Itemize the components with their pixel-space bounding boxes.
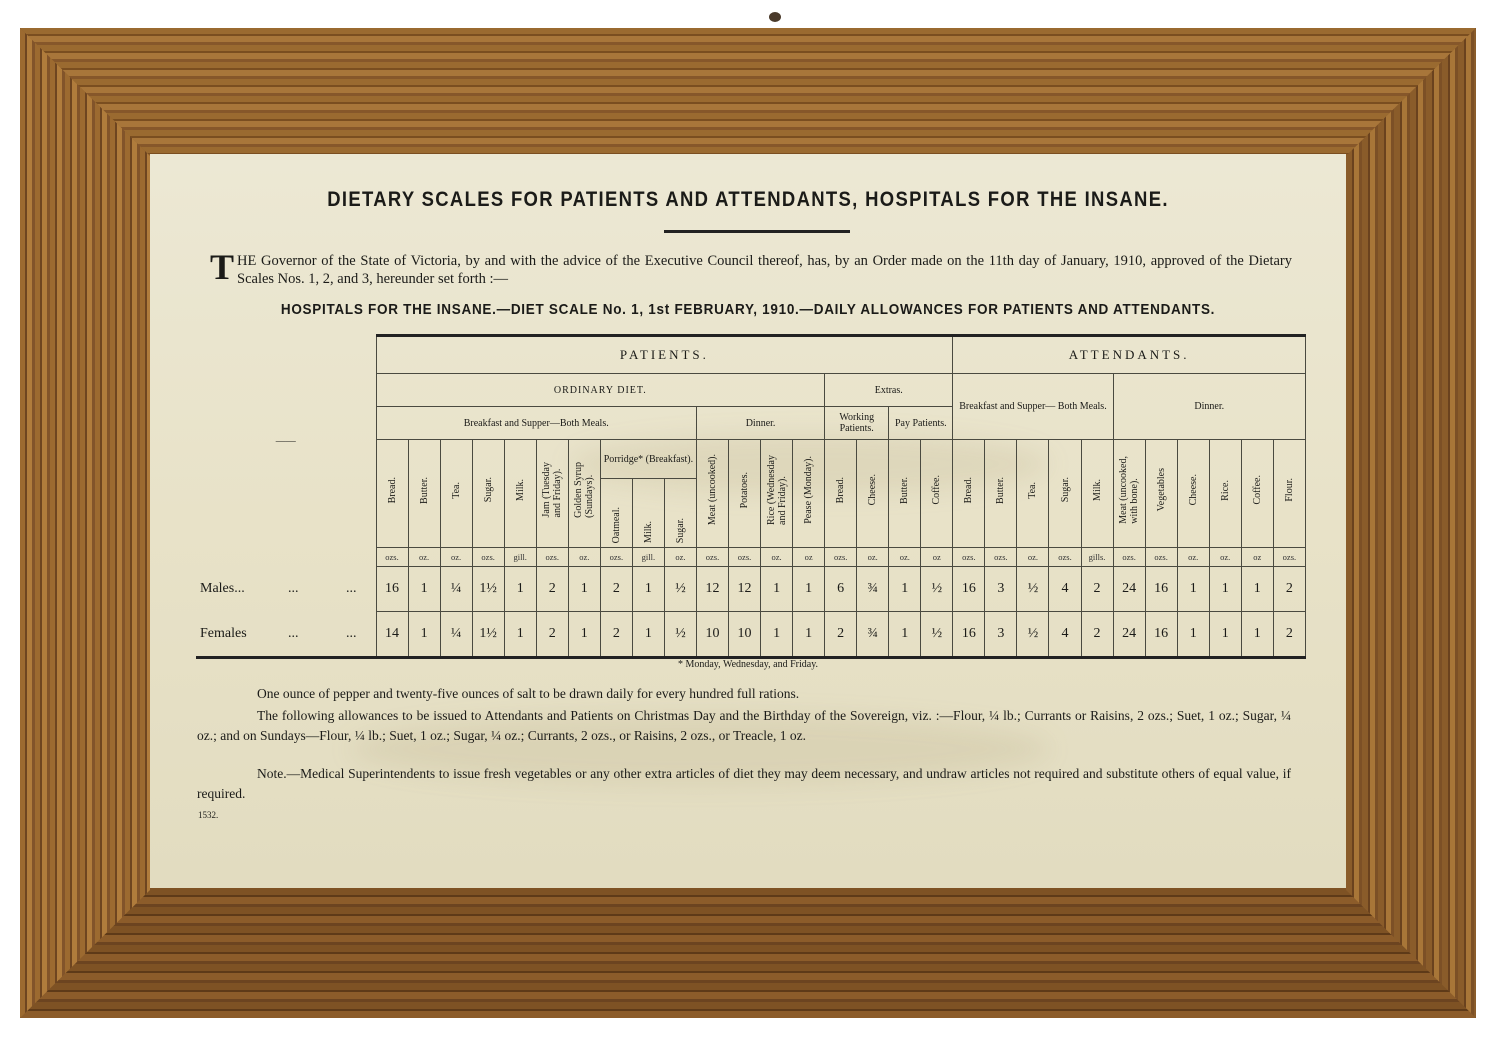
row-label: Females...... (196, 612, 376, 658)
col-header: Butter. (889, 440, 921, 548)
unit-cell: oz. (440, 548, 472, 567)
dietary-scale-table: —— PATIENTS. ATTENDANTS. ORDINARY DIET. … (196, 334, 1306, 659)
value-cell: 24 (1113, 612, 1145, 658)
value-cell: 2 (1081, 612, 1113, 658)
value-cell: ½ (664, 567, 696, 612)
working-patients-header: Working Patients. (825, 407, 889, 440)
col-header: Jam (Tuesday and Friday). (536, 440, 568, 548)
value-cell: 16 (376, 567, 408, 612)
attendants-breakfast-supper-header: Breakfast and Supper— Both Meals. (953, 374, 1113, 440)
porridge-header-group: Porridge* (Breakfast). Oatmeal. Milk. Su… (600, 440, 696, 548)
value-cell: 1 (1209, 612, 1241, 658)
unit-cell: oz. (664, 548, 696, 567)
document-paper: DIETARY SCALES FOR PATIENTS AND ATTENDAN… (150, 154, 1346, 888)
unit-cell: oz. (568, 548, 600, 567)
value-cell: 1 (793, 567, 825, 612)
value-cell: 1 (568, 612, 600, 658)
value-cell: 1 (889, 612, 921, 658)
special-allowances-paragraph: The following allowances to be issued to… (197, 706, 1291, 746)
frame-top-rail (20, 28, 1476, 154)
unit-cell: oz. (1177, 548, 1209, 567)
value-cell: 1 (1241, 612, 1273, 658)
value-cell: 2 (1273, 612, 1305, 658)
value-cell: 1 (632, 567, 664, 612)
document-title: DIETARY SCALES FOR PATIENTS AND ATTENDAN… (222, 188, 1274, 212)
col-header: Rice. (1209, 440, 1241, 548)
value-cell: 4 (1049, 612, 1081, 658)
frame-left-rail (20, 28, 150, 1018)
breakfast-supper-header: Breakfast and Supper—Both Meals. (376, 407, 696, 440)
col-header: Bread. (953, 440, 985, 548)
unit-cell: gill. (504, 548, 536, 567)
col-header: Cheese. (1177, 440, 1209, 548)
value-cell: 2 (1273, 567, 1305, 612)
value-cell: 2 (536, 612, 568, 658)
intro-paragraph: THE Governor of the State of Victoria, b… (210, 252, 1292, 288)
document-number: 1532. (198, 810, 218, 820)
unit-cell: ozs. (825, 548, 857, 567)
col-header: Rice (Wednesday and Friday). (761, 440, 793, 548)
value-cell: 1 (889, 567, 921, 612)
pay-patients-header: Pay Patients. (889, 407, 953, 440)
col-header: Potatoes. (729, 440, 761, 548)
value-cell: 1 (504, 567, 536, 612)
value-cell: ¼ (440, 612, 472, 658)
unit-cell: ozs. (376, 548, 408, 567)
corner-cell: —— (196, 336, 376, 548)
col-header: Meat (uncooked). (696, 440, 728, 548)
value-cell: ¾ (857, 612, 889, 658)
unit-cell: ozs. (953, 548, 985, 567)
value-cell: 2 (825, 612, 857, 658)
col-header: Coffee. (921, 440, 953, 548)
value-cell: ½ (664, 612, 696, 658)
note-paragraph: Note.—Medical Superintendents to issue f… (197, 764, 1291, 804)
table-row-males: Males......... 16 1 ¼ 1½ 1 2 1 2 1 ½ 12 … (196, 567, 1306, 612)
col-header: Milk. (504, 440, 536, 548)
unit-cell: oz. (1209, 548, 1241, 567)
value-cell: ½ (921, 567, 953, 612)
unit-cell: oz. (761, 548, 793, 567)
col-header: Bread. (825, 440, 857, 548)
table-row-females: Females...... 14 1 ¼ 1½ 1 2 1 2 1 ½ 10 1… (196, 612, 1306, 658)
value-cell: 16 (1145, 612, 1177, 658)
unit-cell: oz. (408, 548, 440, 567)
col-header: Butter. (408, 440, 440, 548)
value-cell: ¼ (440, 567, 472, 612)
row-label: Males......... (196, 567, 376, 612)
intro-text: HE Governor of the State of Victoria, by… (237, 253, 1292, 287)
value-cell: 12 (696, 567, 728, 612)
value-cell: 3 (985, 612, 1017, 658)
col-header: Tea. (1017, 440, 1049, 548)
unit-cell: ozs. (472, 548, 504, 567)
value-cell: 6 (825, 567, 857, 612)
value-cell: 2 (536, 567, 568, 612)
unit-cell: ozs. (536, 548, 568, 567)
unit-cell: ozs. (1049, 548, 1081, 567)
col-header: Vegetables (1145, 440, 1177, 548)
value-cell: 1 (504, 612, 536, 658)
unit-cell: ozs. (1145, 548, 1177, 567)
unit-cell: oz. (857, 548, 889, 567)
value-cell: 1 (408, 612, 440, 658)
value-cell: 14 (376, 612, 408, 658)
value-cell: 1 (761, 612, 793, 658)
porridge-header: Porridge* (Breakfast). (601, 440, 696, 479)
value-cell: 1 (1209, 567, 1241, 612)
value-cell: 2 (600, 567, 632, 612)
unit-cell: oz. (889, 548, 921, 567)
units-row: ozs. oz. oz. ozs. gill. ozs. oz. ozs. gi… (196, 548, 1306, 567)
value-cell: 3 (985, 567, 1017, 612)
value-cell: 16 (953, 612, 985, 658)
unit-cell: oz (1241, 548, 1273, 567)
frame-right-rail (1346, 28, 1476, 1018)
value-cell: 4 (1049, 567, 1081, 612)
dinner-header: Dinner. (696, 407, 824, 440)
col-header: Pease (Monday). (793, 440, 825, 548)
unit-cell: gill. (632, 548, 664, 567)
col-header: Cheese. (857, 440, 889, 548)
col-header: Golden Syrup (Sundays). (568, 440, 600, 548)
value-cell: 1½ (472, 567, 504, 612)
value-cell: 16 (953, 567, 985, 612)
col-header: Oatmeal. (601, 479, 633, 547)
value-cell: ½ (921, 612, 953, 658)
col-header: Butter. (985, 440, 1017, 548)
corner-dash: —— (276, 436, 296, 447)
value-cell: 16 (1145, 567, 1177, 612)
value-cell: 1 (1177, 612, 1209, 658)
attendants-group-header: ATTENDANTS. (953, 336, 1306, 374)
value-cell: 1½ (472, 612, 504, 658)
diet-scale-heading: HOSPITALS FOR THE INSANE.—DIET SCALE No.… (210, 301, 1286, 318)
unit-cell: ozs. (985, 548, 1017, 567)
porridge-footnote: * Monday, Wednesday, and Friday. (150, 659, 1346, 670)
patients-group-header: PATIENTS. (376, 336, 953, 374)
unit-cell: ozs. (696, 548, 728, 567)
ordinary-diet-header: ORDINARY DIET. (376, 374, 825, 407)
col-header: Milk. (633, 479, 665, 547)
unit-cell: oz (793, 548, 825, 567)
value-cell: 2 (1081, 567, 1113, 612)
value-cell: 24 (1113, 567, 1145, 612)
value-cell: 12 (729, 567, 761, 612)
unit-cell: ozs. (1113, 548, 1145, 567)
col-header: Sugar. (665, 479, 696, 547)
col-header: Sugar. (1049, 440, 1081, 548)
value-cell: 10 (729, 612, 761, 658)
unit-cell: ozs. (600, 548, 632, 567)
value-cell: 1 (1241, 567, 1273, 612)
drop-cap: T (210, 252, 234, 282)
frame-bottom-rail (20, 888, 1476, 1018)
value-cell: 1 (568, 567, 600, 612)
col-header: Flour. (1273, 440, 1305, 548)
value-cell: 1 (761, 567, 793, 612)
attendants-dinner-header: Dinner. (1113, 374, 1305, 440)
unit-cell: ozs. (1273, 548, 1305, 567)
col-header: Tea. (440, 440, 472, 548)
value-cell: ½ (1017, 567, 1049, 612)
value-cell: 1 (408, 567, 440, 612)
unit-cell: gills. (1081, 548, 1113, 567)
unit-cell: oz. (1017, 548, 1049, 567)
col-header: Meat (uncooked, with bone). (1113, 440, 1145, 548)
pepper-salt-paragraph: One ounce of pepper and twenty-five ounc… (197, 684, 1291, 704)
col-header: Milk. (1081, 440, 1113, 548)
value-cell: ¾ (857, 567, 889, 612)
col-header: Bread. (376, 440, 408, 548)
col-header: Sugar. (472, 440, 504, 548)
value-cell: 1 (793, 612, 825, 658)
value-cell: 1 (632, 612, 664, 658)
value-cell: 2 (600, 612, 632, 658)
value-cell: ½ (1017, 612, 1049, 658)
unit-cell: ozs. (729, 548, 761, 567)
col-header: Coffee. (1241, 440, 1273, 548)
extras-header: Extras. (825, 374, 953, 407)
title-divider (664, 230, 850, 233)
value-cell: 1 (1177, 567, 1209, 612)
unit-cell: oz (921, 548, 953, 567)
hanging-nail (769, 12, 781, 22)
value-cell: 10 (696, 612, 728, 658)
